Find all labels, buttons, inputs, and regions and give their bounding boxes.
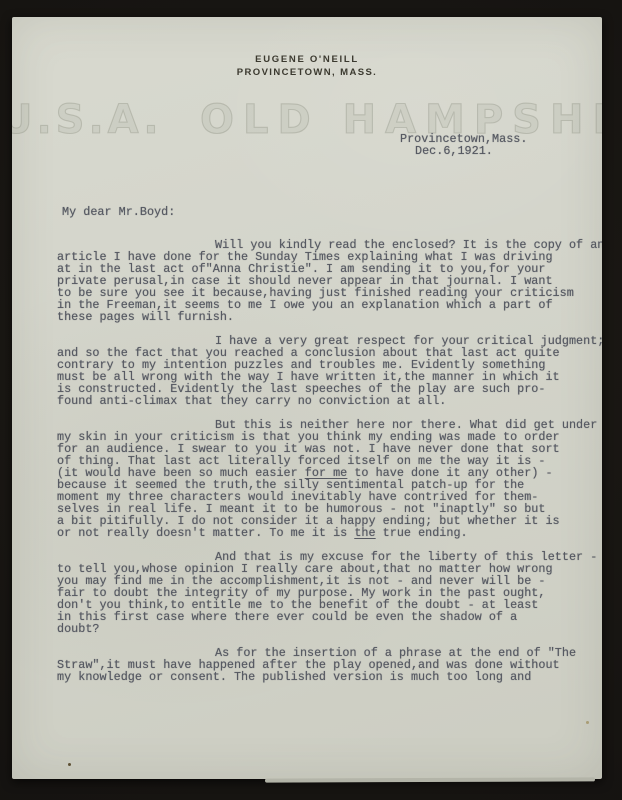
- salutation: My dear Mr.Boyd:: [62, 206, 175, 218]
- underlined-phrase: the: [354, 526, 375, 540]
- letter-paragraph: I have a very great respect for your cri…: [57, 335, 592, 407]
- letter-line: found anti-climax that they carry no con…: [57, 395, 592, 407]
- letter-body: Will you kindly read the enclosed? It is…: [57, 239, 592, 695]
- letter-paragraph: Will you kindly read the enclosed? It is…: [57, 239, 592, 323]
- letter-line: in this first case where there ever coul…: [57, 611, 592, 623]
- letterhead: EUGENE O'NEILL PROVINCETOWN, MASS.: [12, 53, 602, 79]
- dateline-date: Dec.6,1921.: [400, 145, 527, 157]
- dateline: Provincetown,Mass. Dec.6,1921.: [400, 133, 527, 157]
- letterhead-location: PROVINCETOWN, MASS.: [12, 66, 602, 79]
- letter-line: my knowledge or consent. The published v…: [57, 671, 592, 683]
- second-sheet-edge: [265, 777, 595, 782]
- letter-scan: { "scene": { "background_color": "#18150…: [0, 0, 622, 800]
- letter-line: doubt?: [57, 623, 592, 635]
- letter-paragraph: And that is my excuse for the liberty of…: [57, 551, 592, 635]
- letter-paragraph: As for the insertion of a phrase at the …: [57, 647, 592, 683]
- watermark-usa-text: U.S.A.: [12, 97, 163, 143]
- letter-line: or not really doesn't matter. To me it i…: [57, 527, 592, 539]
- letter-page: U.S.A. OLD HAMPSHIRE EUGENE O'NEILL PROV…: [12, 17, 602, 779]
- paper-speck: [68, 763, 71, 766]
- letter-line: these pages will furnish.: [57, 311, 592, 323]
- letter-paragraph: But this is neither here nor there. What…: [57, 419, 592, 539]
- letterhead-name: EUGENE O'NEILL: [12, 53, 602, 66]
- paper-speck: [586, 721, 589, 724]
